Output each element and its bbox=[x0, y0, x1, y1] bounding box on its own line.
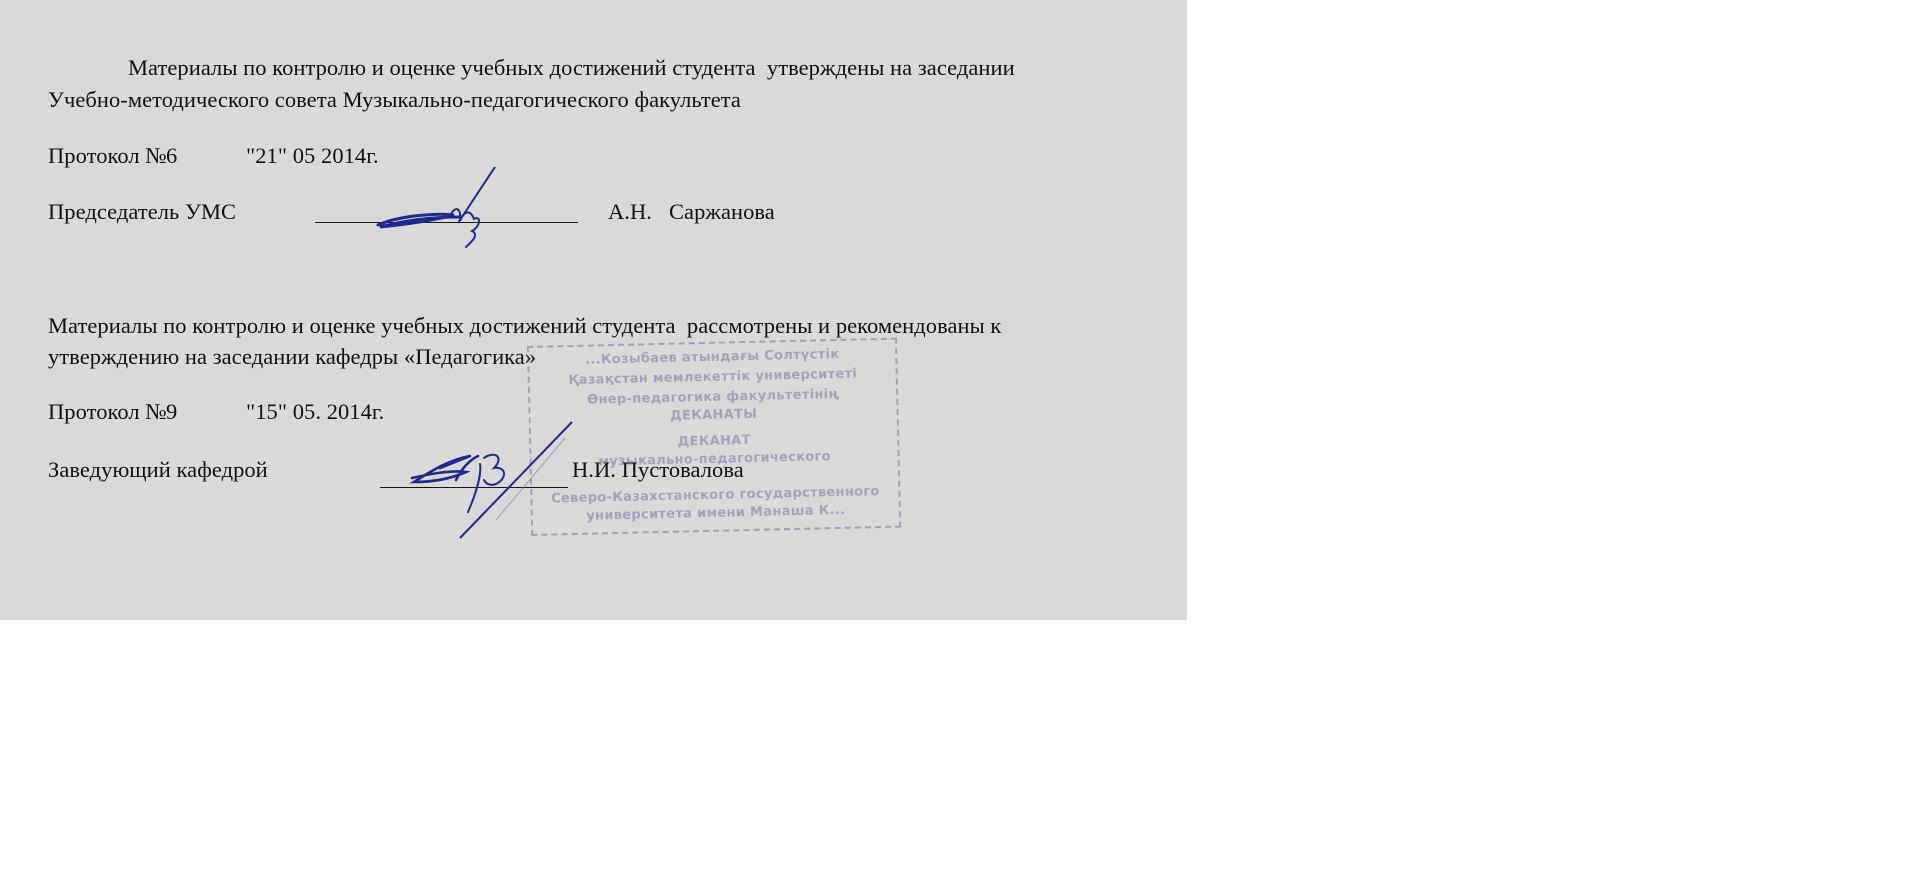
block1-protocol-number: 6 bbox=[166, 145, 177, 168]
block2-paragraph-line1: Материалы по контролю и оценке учебных д… bbox=[48, 315, 1001, 338]
block1-protocol-date: "21" 05 2014г. bbox=[246, 145, 379, 168]
block1-protocol-label: Протокол № bbox=[48, 145, 167, 168]
block2-protocol-number: 9 bbox=[166, 401, 177, 424]
official-stamp: ...Козыбаев атындағы Солтүстік Қазақстан… bbox=[527, 338, 901, 536]
block1-signer-title: Председатель УМС bbox=[48, 201, 236, 224]
stamp-line: ...Козыбаев атындағы Солтүстік bbox=[529, 346, 895, 369]
block2-signer-name: Н.И. Пустовалова bbox=[572, 459, 744, 482]
block1-signer-name: А.Н. Саржанова bbox=[608, 201, 775, 224]
block2-protocol-date: "15" 05. 2014г. bbox=[246, 401, 384, 424]
block1-paragraph-line2: Учебно-методического совета Музыкально-п… bbox=[48, 89, 741, 112]
scanned-page: Материалы по контролю и оценке учебных д… bbox=[0, 0, 1187, 620]
block2-protocol-label: Протокол № bbox=[48, 401, 167, 424]
block2-paragraph-line2: утверждению на заседании кафедры «Педаго… bbox=[48, 346, 536, 369]
stamp-line: Қазақстан мемлекеттік университеті bbox=[530, 366, 896, 389]
block1-paragraph-line1: Материалы по контролю и оценке учебных д… bbox=[128, 57, 1015, 80]
block2-signer-title: Заведующий кафедрой bbox=[48, 459, 268, 482]
